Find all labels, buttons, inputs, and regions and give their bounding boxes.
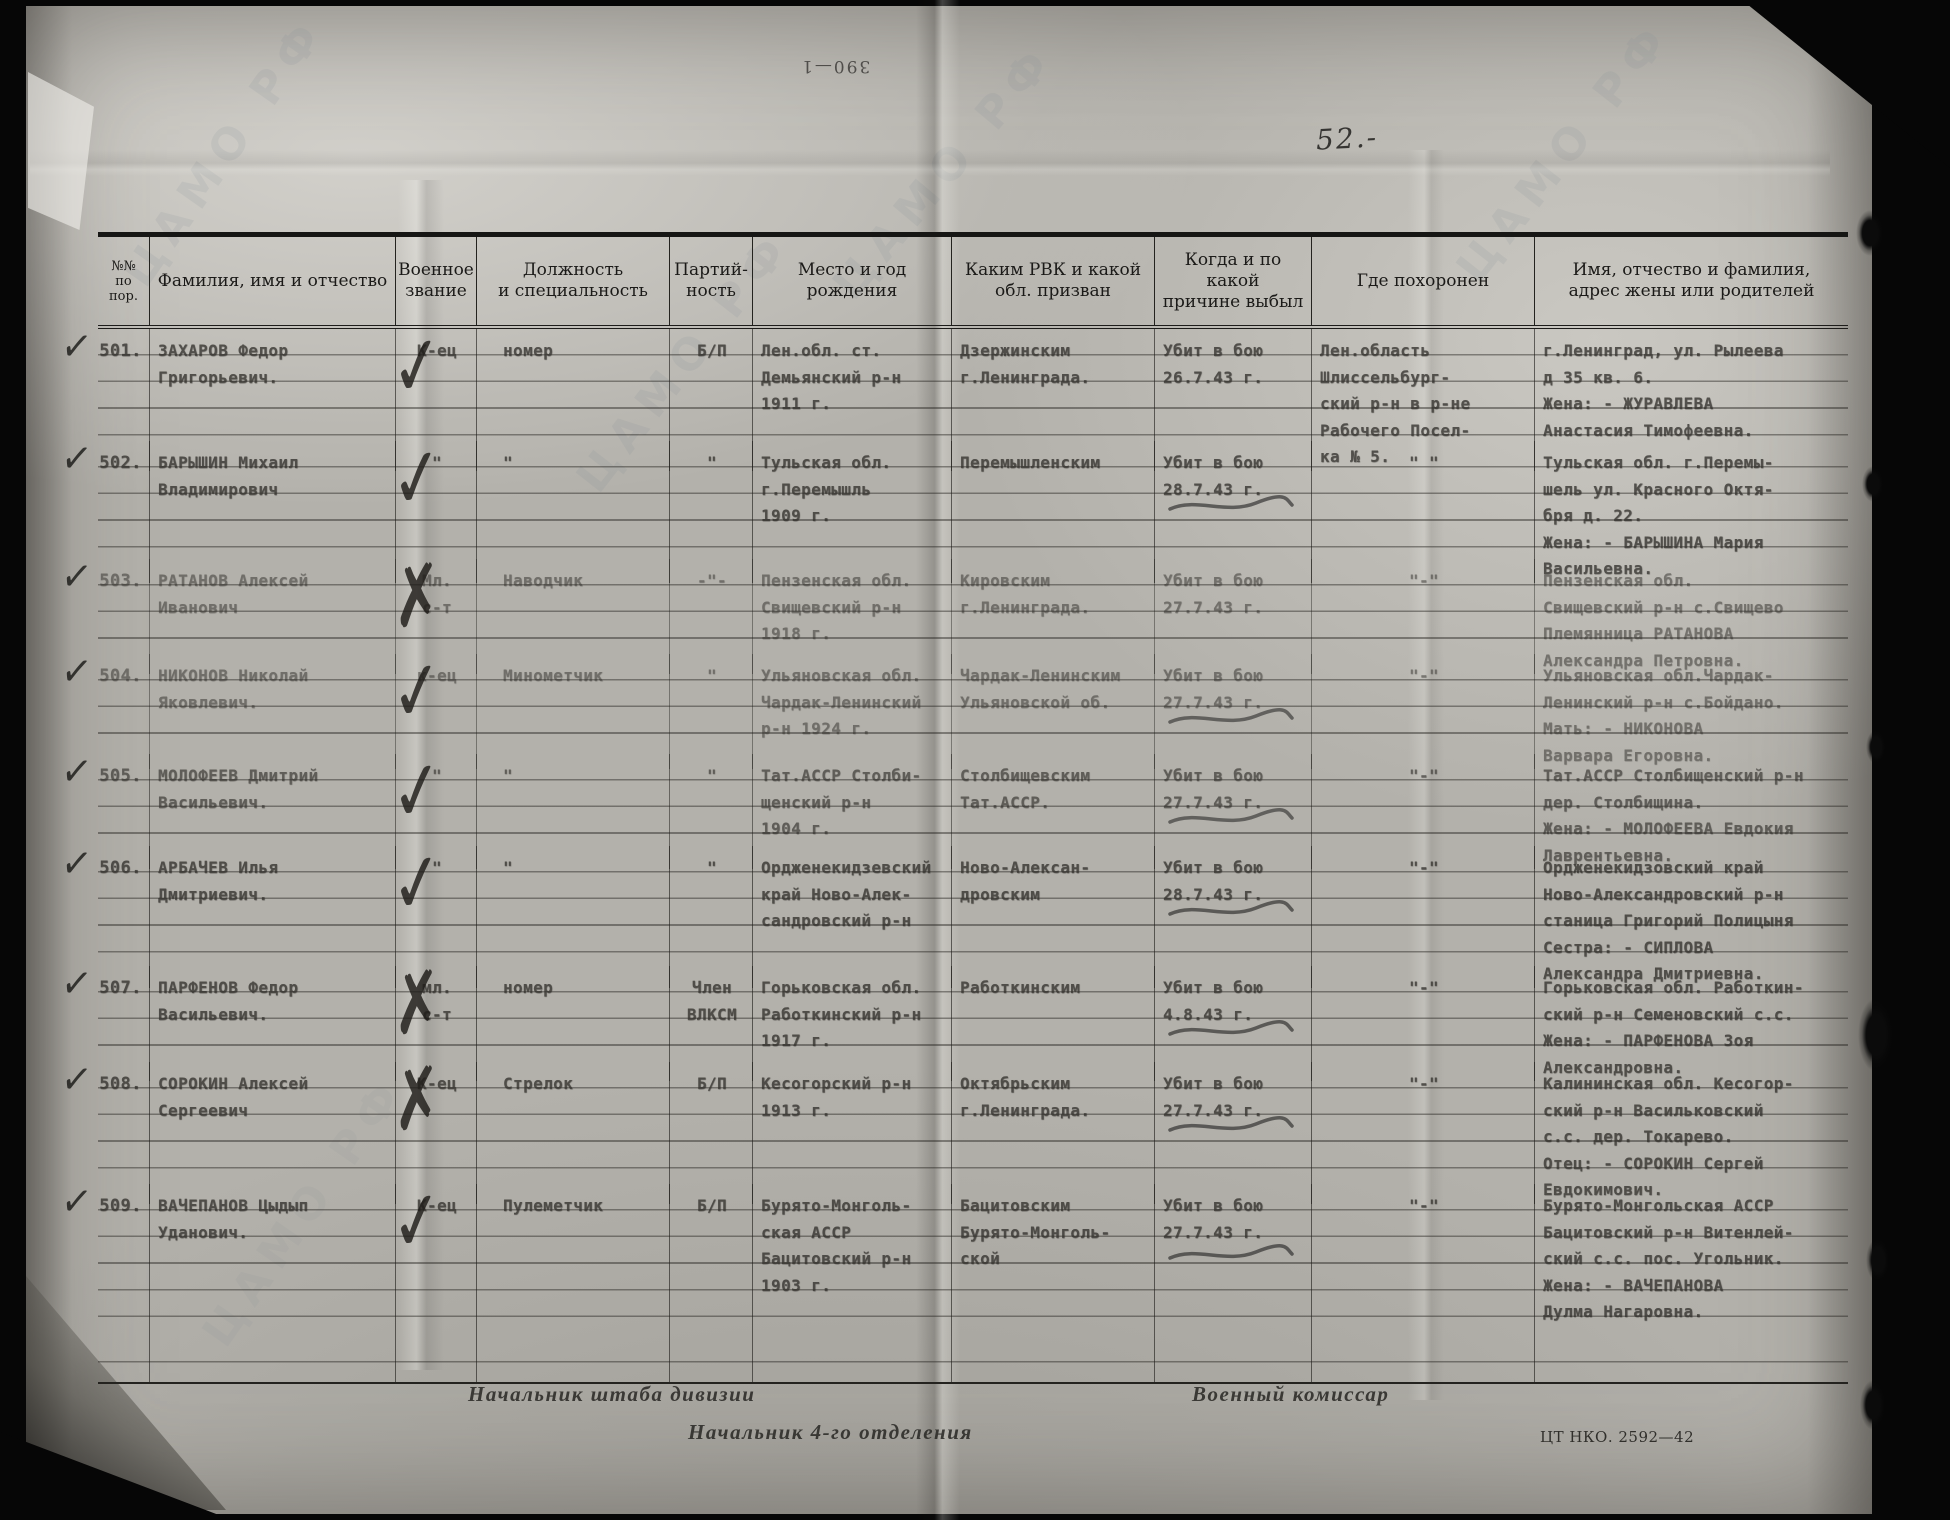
cell-birthplace: Ульяновская обл. Чардак-Ленинский р-н 19… [753,654,952,769]
punch-hole [1860,1380,1886,1430]
cell-rank: К-ец [396,1062,477,1204]
handwritten-page-number: 52.- [1315,120,1379,156]
cell-burial: "-" [1312,1184,1535,1336]
cell-position: Стрелок [477,1062,670,1204]
header-burial-place: Где похоронен [1312,237,1535,325]
table-row: ✓ ✗ 508. СОРОКИН Алексей Сергеевич К-ец … [98,1062,1848,1184]
header-loss-reason: Когда и по какой причине выбыл [1155,237,1312,325]
pencil-stroke [1166,1020,1296,1040]
pencil-stroke [1166,808,1296,828]
table-row: ✓ ✓ 502. БАРЫШИН Михаил Владимирович " "… [98,441,1848,559]
cell-party: " [670,654,753,769]
cell-number: 509. [98,1184,150,1336]
header-number: №№ по пор. [98,237,150,325]
signature-chief-of-staff: Начальник штаба дивизии [468,1382,755,1407]
cell-family: Бурято-Монгольская АССР Бацитовский р-н … [1535,1184,1848,1336]
cell-draft: Октябрьским г.Ленинграда. [952,1062,1155,1204]
table-row: ✓ ✓ 505. МОЛОФЕЕВ Дмитрий Васильевич. " … [98,754,1848,846]
cell-draft: Чардак-Ленинским Ульяновской об. [952,654,1155,769]
header-draft-office: Каким РВК и какой обл. призван [952,237,1155,325]
cell-birthplace: Кесогорский р-н 1913 г. [753,1062,952,1204]
casualty-table: №№ по пор. Фамилия, имя и отчество Военн… [98,232,1848,1384]
pencil-stroke [1166,1244,1296,1264]
cell-family: Ульяновская обл.Чардак- Ленинский р-н с.… [1535,654,1848,769]
table-row: ✓ ✓ 504. НИКОНОВ Николай Яковлевич. к-ец… [98,654,1848,754]
cell-position: Минометчик [477,654,670,769]
header-name: Фамилия, имя и отчество [150,237,396,325]
header-family-address: Имя, отчество и фамилия, адрес жены или … [1535,237,1848,325]
cell-draft: Бацитовским Бурято-Монголь- ской [952,1184,1155,1336]
table-row-empty [98,1336,1848,1384]
cell-burial: "-" [1312,1062,1535,1204]
cell-number: 504. [98,654,150,769]
cell-party: Б/П [670,1062,753,1204]
punch-hole [1862,466,1884,502]
cell-party: Б/П [670,1184,753,1336]
cell-rank: К-ец [396,1184,477,1336]
cell-name: НИКОНОВ Николай Яковлевич. [150,654,396,769]
cell-family: Калининская обл. Кесогор- ский р-н Васил… [1535,1062,1848,1204]
pencil-stroke [1166,495,1296,515]
table-row: ✓ ✓ 506. АРБАЧЕВ Илья Дмитриевич. " " " … [98,846,1848,966]
header-birthplace: Место и год рождения [753,237,952,325]
cell-position: Пулеметчик [477,1184,670,1336]
pencil-stroke [1166,708,1296,728]
signature-chief-4th: Начальник 4-го отделения [688,1420,973,1445]
form-code: ЦТ НКО. 2592—42 [1540,1428,1694,1446]
table-row: ✓ ✓ 501. ЗАХАРОВ Федор Григорьевич. К-ец… [98,329,1848,441]
table-row: ✓ ✗ 503. РАТАНОВ Алексей Иванович Мл. с-… [98,559,1848,654]
cell-name: ВАЧЕПАНОВ Цыдып Уданович. [150,1184,396,1336]
cell-burial: "-" [1312,654,1535,769]
cell-birthplace: Бурято-Монголь- ская АССР Бацитовский р-… [753,1184,952,1336]
pencil-stroke [1166,1116,1296,1136]
table-row: ✓ ✓ 509. ВАЧЕПАНОВ Цыдып Уданович. К-ец … [98,1184,1848,1336]
header-party: Партий- ность [670,237,753,325]
sheet-stamp-number: 390—1 [800,56,870,76]
punch-hole [1866,730,1886,764]
cell-name: СОРОКИН Алексей Сергеевич [150,1062,396,1204]
table-row: ✓ ✗ 507. ПАРФЕНОВ Федор Васильевич. мл. … [98,966,1848,1062]
header-rank: Военное звание [396,237,477,325]
table-header-row: №№ по пор. Фамилия, имя и отчество Военн… [98,232,1848,329]
pencil-stroke [1166,900,1296,920]
punch-hole [1856,210,1884,256]
cell-number: 508. [98,1062,150,1204]
signature-commissar: Военный комиссар [1192,1382,1389,1407]
cell-rank: к-ец [396,654,477,769]
punch-hole [1866,1238,1890,1282]
header-position: Должность и специальность [477,237,670,325]
punch-hole [1858,998,1894,1072]
